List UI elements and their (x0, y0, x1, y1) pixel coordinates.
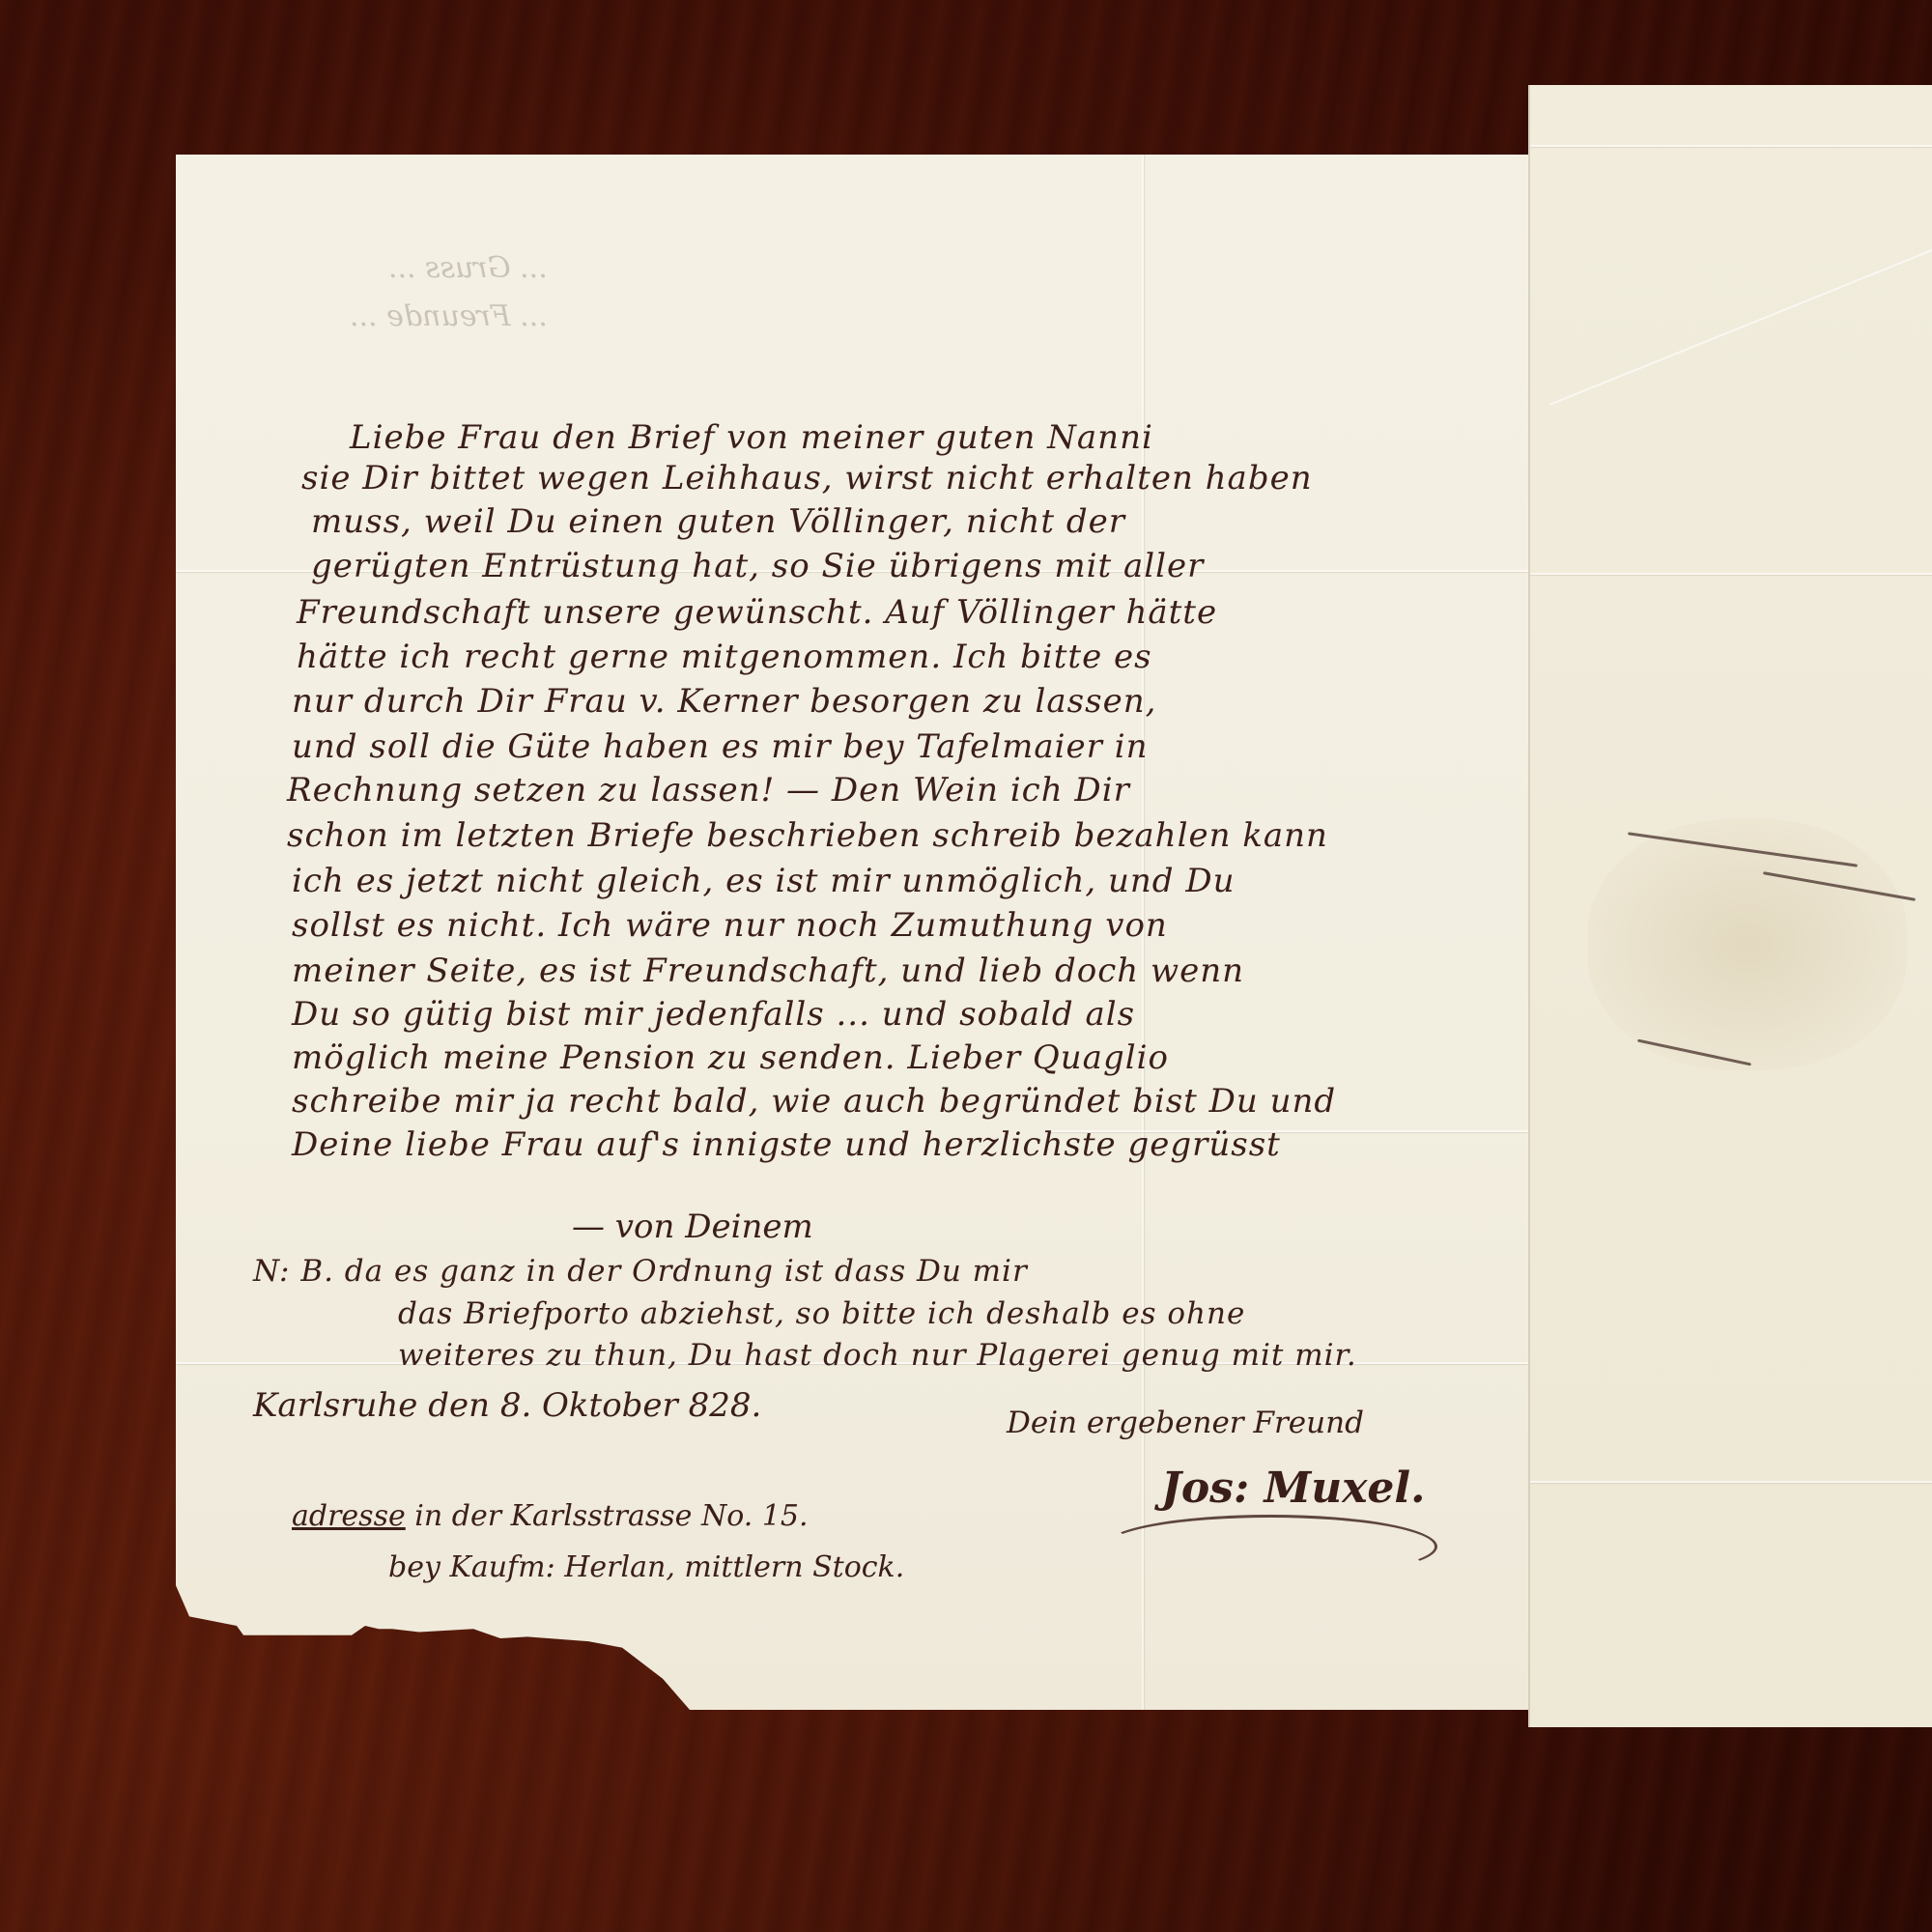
fold-crease (1530, 573, 1932, 575)
body-line: sie Dir bittet wegen Leihhaus, wirst nic… (301, 459, 1313, 497)
body-line: Liebe Frau den Brief von meiner guten Na… (350, 418, 1153, 457)
address-line-1: in der Karlsstrasse No. 15. (414, 1499, 808, 1533)
body-line: und soll die Güte haben es mir bey Tafel… (292, 727, 1149, 766)
letter-outer-fold-page (1528, 85, 1932, 1727)
signature: Jos: Muxel. (1161, 1463, 1425, 1513)
date-line: Karlsruhe den 8. Oktober 828. (253, 1386, 761, 1425)
faint-header-line: ... Freunde ... (350, 299, 548, 333)
body-line: Freundschaft unsere gewünscht. Auf Völli… (297, 593, 1217, 632)
signature-flourish (1103, 1515, 1437, 1578)
body-line: gerügten Entrüstung hat, so Sie übrigens… (311, 547, 1204, 585)
postscript-line: das Briefporto abziehst, so bitte ich de… (398, 1296, 1245, 1331)
letter-page: ... Gruss ... ... Freunde ... Liebe Frau… (176, 155, 1528, 1710)
postscript-line: N: B. da es ganz in der Ordnung ist dass… (253, 1254, 1028, 1289)
address-line-2: bey Kaufm: Herlan, mittlern Stock. (388, 1550, 904, 1584)
address-label: adresse in der Karlsstrasse No. 15. (292, 1499, 809, 1533)
body-line: Rechnung setzen zu lassen! — Den Wein ic… (287, 771, 1130, 810)
postscript-line: weiteres zu thun, Du hast doch nur Plage… (398, 1338, 1357, 1373)
diagonal-fold-crease (1549, 238, 1932, 406)
body-line: schon im letzten Briefe beschrieben schr… (287, 816, 1328, 855)
body-line: Du so gütig bist mir jedenfalls ... und … (292, 995, 1135, 1034)
closing-salutation: — von Deinem (572, 1207, 813, 1246)
address-label-text: adresse (292, 1499, 406, 1533)
body-line: hätte ich recht gerne mitgenommen. Ich b… (297, 638, 1152, 676)
body-line: nur durch Dir Frau v. Kerner besorgen zu… (292, 682, 1156, 721)
body-line: meiner Seite, es ist Freundschaft, und l… (292, 952, 1244, 990)
body-line: Deine liebe Frau auf's innigste und herz… (292, 1125, 1281, 1164)
faint-header-line: ... Gruss ... (388, 251, 548, 285)
fold-crease (1530, 145, 1932, 147)
body-line: ich es jetzt nicht gleich, es ist mir un… (292, 862, 1236, 900)
body-line: muss, weil Du einen guten Völlinger, nic… (311, 502, 1125, 541)
valediction: Dein ergebener Freund (1007, 1406, 1364, 1440)
body-line: möglich meine Pension zu senden. Lieber … (292, 1038, 1169, 1077)
body-line: schreibe mir ja recht bald, wie auch beg… (292, 1082, 1336, 1121)
body-line: sollst es nicht. Ich wäre nur noch Zumut… (292, 906, 1168, 945)
wax-seal-stain (1588, 819, 1907, 1070)
fold-crease (1530, 1481, 1932, 1483)
